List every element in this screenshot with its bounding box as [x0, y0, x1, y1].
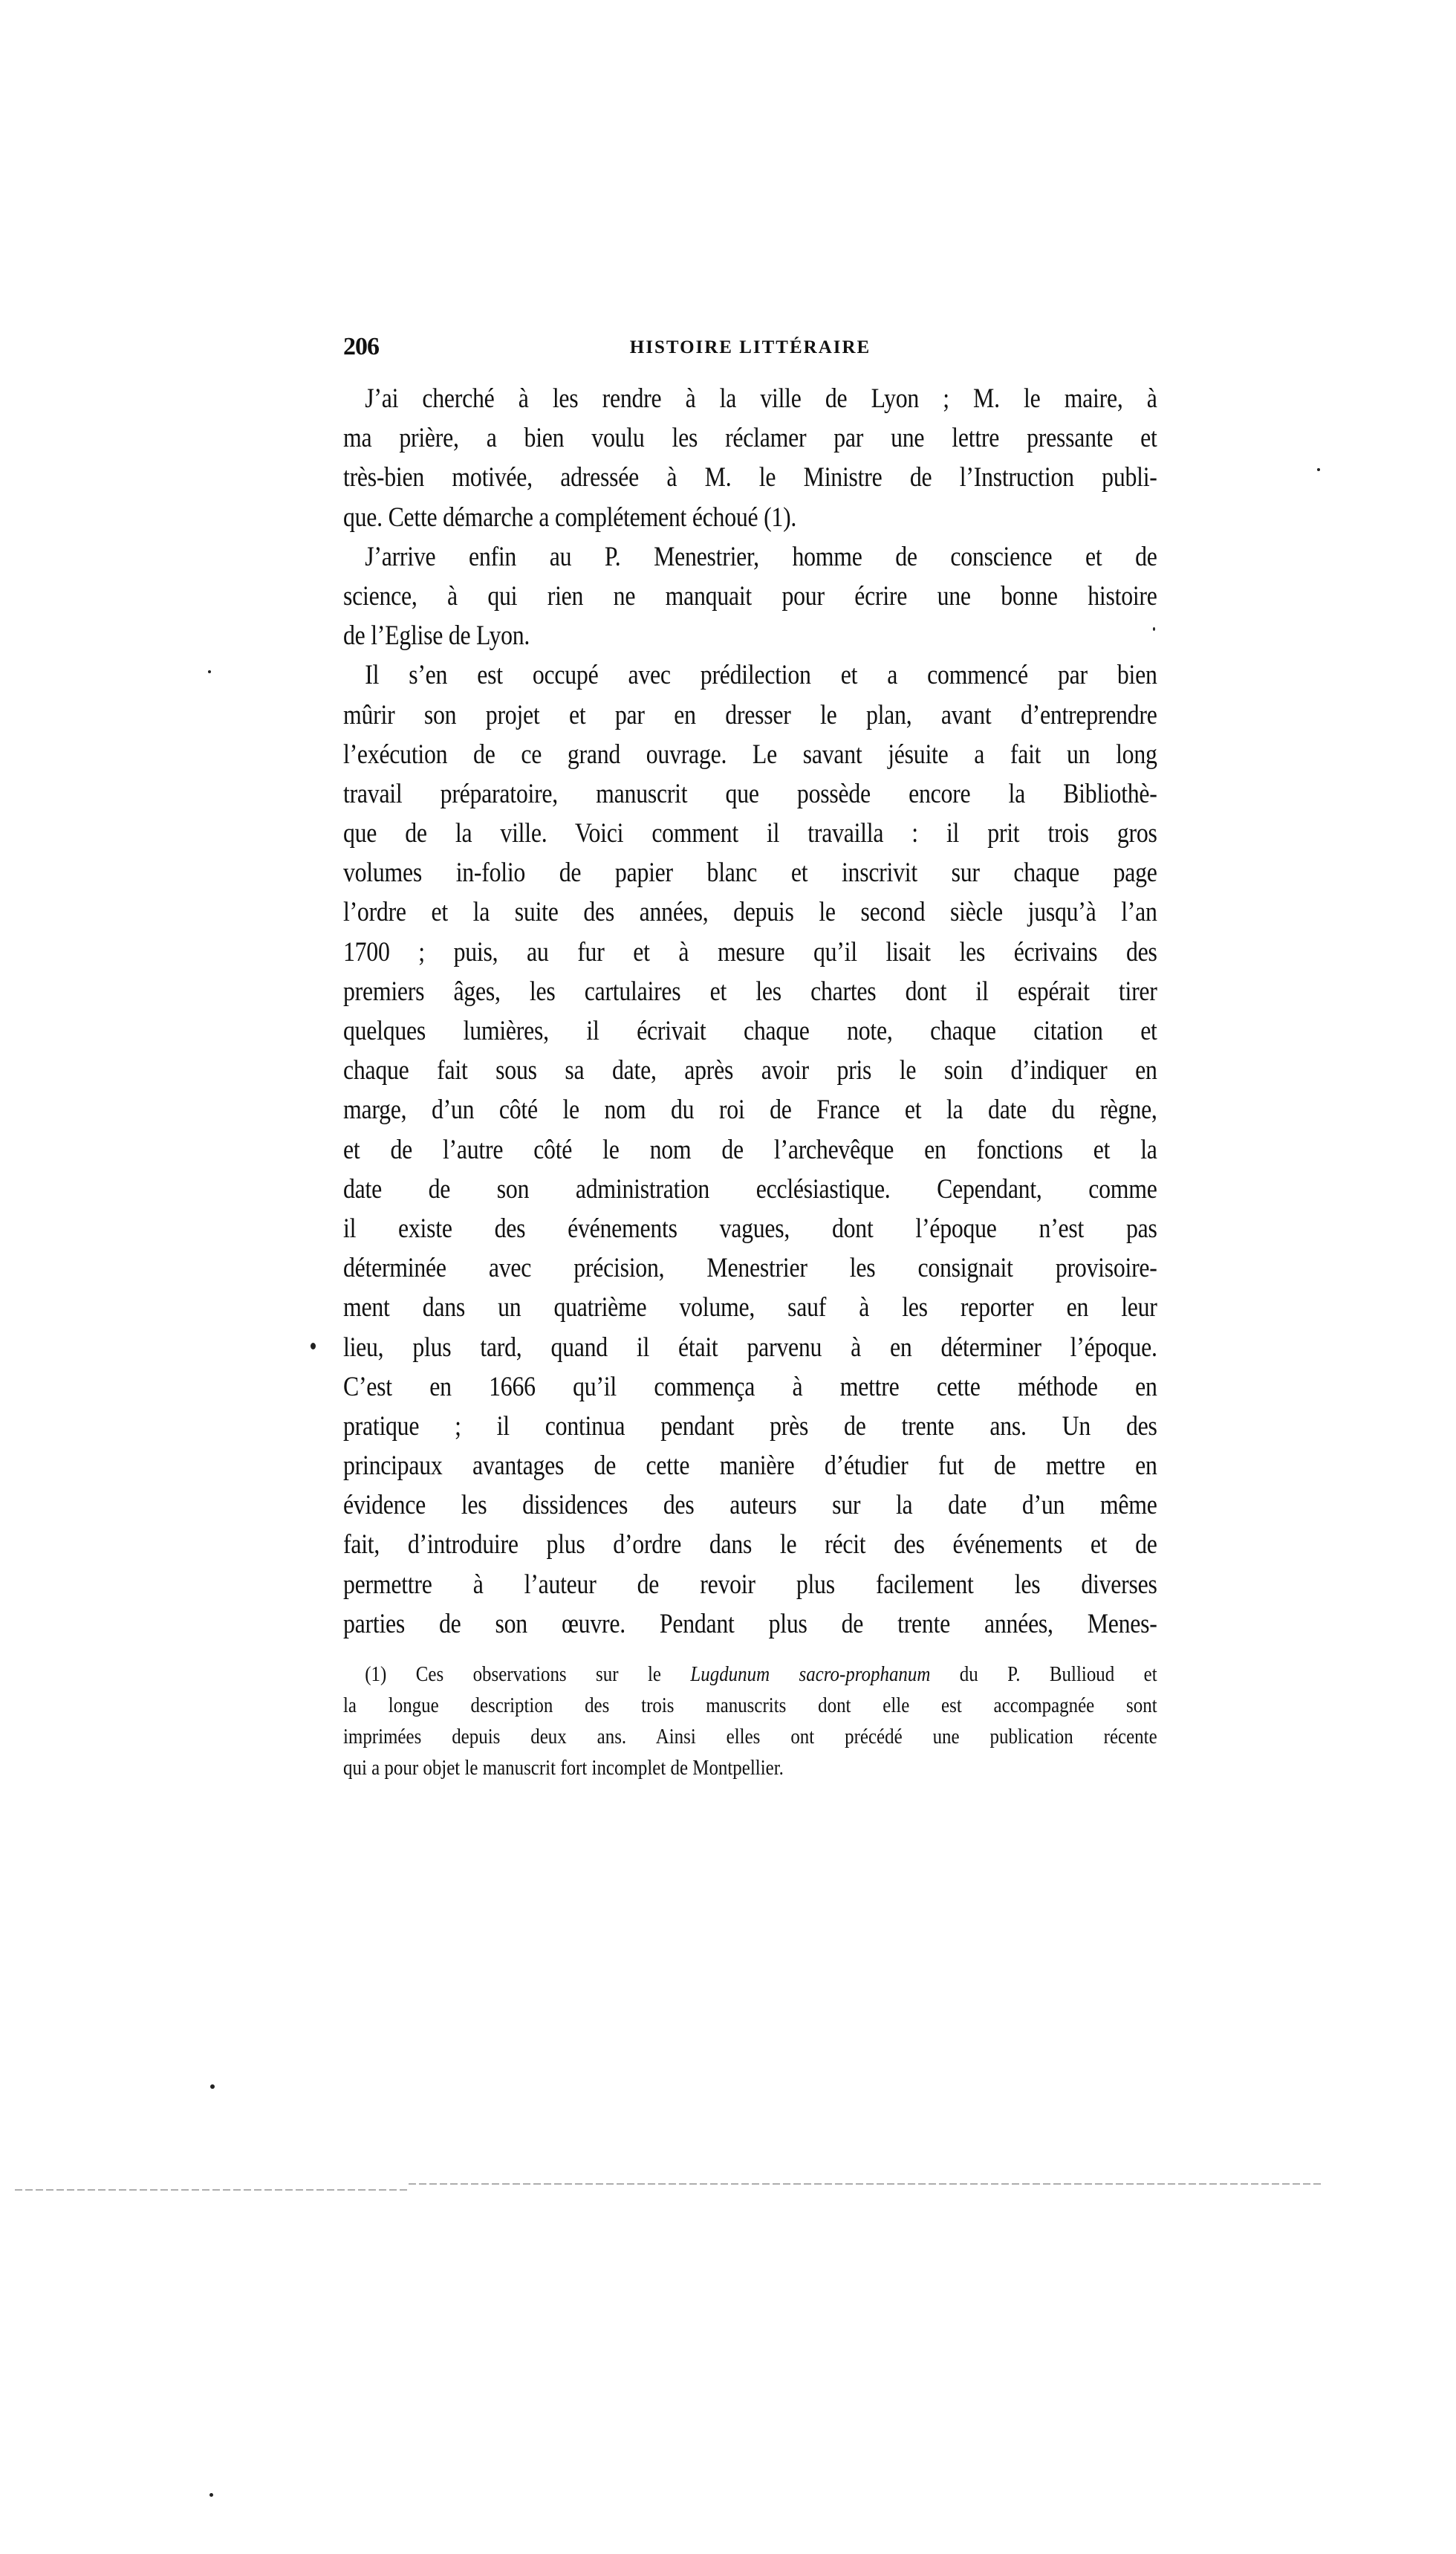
body-line: ment dans un quatrième volume, sauf à le… — [343, 1288, 1157, 1327]
footnote-marker: (1) — [365, 1662, 386, 1686]
body-text: J’ai cherché à les rendre à la ville de … — [343, 379, 1157, 1644]
body-line: lieu, plus tard, quand il était parvenu … — [343, 1328, 1157, 1367]
body-line: très-bien motivée, adressée à M. le Mini… — [343, 458, 1157, 497]
body-line: marge, d’un côté le nom du roi de France… — [343, 1090, 1157, 1129]
footnote-line: (1) Ces observations sur le Lugdunum sac… — [343, 1659, 1157, 1690]
body-line: l’ordre et la suite des années, depuis l… — [343, 892, 1157, 932]
footnote: (1) Ces observations sur le Lugdunum sac… — [343, 1659, 1157, 1783]
scan-speck — [210, 2084, 215, 2089]
body-line: permettre à l’auteur de revoir plus faci… — [343, 1565, 1157, 1604]
body-line: science, à qui rien ne manquait pour écr… — [343, 577, 1157, 616]
body-line: travail préparatoire, manuscrit que poss… — [343, 774, 1157, 814]
body-line: pratique ; il continua pendant près de t… — [343, 1407, 1157, 1446]
body-line: fait, d’introduire plus d’ordre dans le … — [343, 1525, 1157, 1564]
footnote-line: imprimées depuis deux ans. Ainsi elles o… — [343, 1721, 1157, 1752]
body-line: et de l’autre côté le nom de l’archevêqu… — [343, 1130, 1157, 1170]
body-line: évidence les dissidences des auteurs sur… — [343, 1485, 1157, 1525]
scan-speck — [1317, 468, 1320, 471]
scan-speck — [208, 670, 211, 673]
scanned-book-page: 206 HISTOIRE LITTÉRAIRE J’ai cherché à l… — [0, 0, 1456, 2554]
body-line: que de la ville. Voici comment il travai… — [343, 814, 1157, 853]
body-line: ma prière, a bien voulu les réclamer par… — [343, 418, 1157, 458]
body-line: principaux avantages de cette manière d’… — [343, 1446, 1157, 1485]
body-line: Il s’en est occupé avec prédilection et … — [343, 655, 1157, 695]
footnote-line: qui a pour objet le manuscrit fort incom… — [343, 1752, 1157, 1783]
body-line: volumes in-folio de papier blanc et insc… — [343, 853, 1157, 892]
body-line: déterminée avec précision, Menestrier le… — [343, 1248, 1157, 1288]
cited-title: Lugdunum sacro-prophanum — [690, 1662, 930, 1686]
body-line: quelques lumières, il écrivait chaque no… — [343, 1011, 1157, 1051]
body-line: J’ai cherché à les rendre à la ville de … — [343, 379, 1157, 418]
scan-speck — [311, 1343, 316, 1349]
body-line: parties de son œuvre. Pendant plus de tr… — [343, 1604, 1157, 1644]
scan-artifact-line — [409, 2183, 1322, 2185]
body-line: J’arrive enfin au P. Menestrier, homme d… — [343, 537, 1157, 577]
body-line: premiers âges, les cartulaires et les ch… — [343, 972, 1157, 1011]
body-line: il existe des événements vagues, dont l’… — [343, 1209, 1157, 1248]
body-line: 1700 ; puis, au fur et à mesure qu’il li… — [343, 933, 1157, 972]
body-line: chaque fait sous sa date, après avoir pr… — [343, 1051, 1157, 1090]
body-line: l’exécution de ce grand ouvrage. Le sava… — [343, 735, 1157, 774]
body-line: de l’Eglise de Lyon. — [343, 616, 1157, 655]
body-line: C’est en 1666 qu’il commença à mettre ce… — [343, 1367, 1157, 1407]
scan-speck — [1153, 627, 1155, 631]
body-line: mûrir son projet et par en dresser le pl… — [343, 696, 1157, 735]
running-head: 206 HISTOIRE LITTÉRAIRE — [343, 333, 1157, 366]
scan-speck — [209, 2493, 213, 2497]
running-title: HISTOIRE LITTÉRAIRE — [343, 337, 1157, 358]
footnote-line: la longue description des trois manuscri… — [343, 1690, 1157, 1721]
body-line: date de son administration ecclésiastiqu… — [343, 1170, 1157, 1209]
body-line: que. Cette démarche a complétement échou… — [343, 498, 1157, 537]
scan-artifact-line — [15, 2189, 409, 2191]
